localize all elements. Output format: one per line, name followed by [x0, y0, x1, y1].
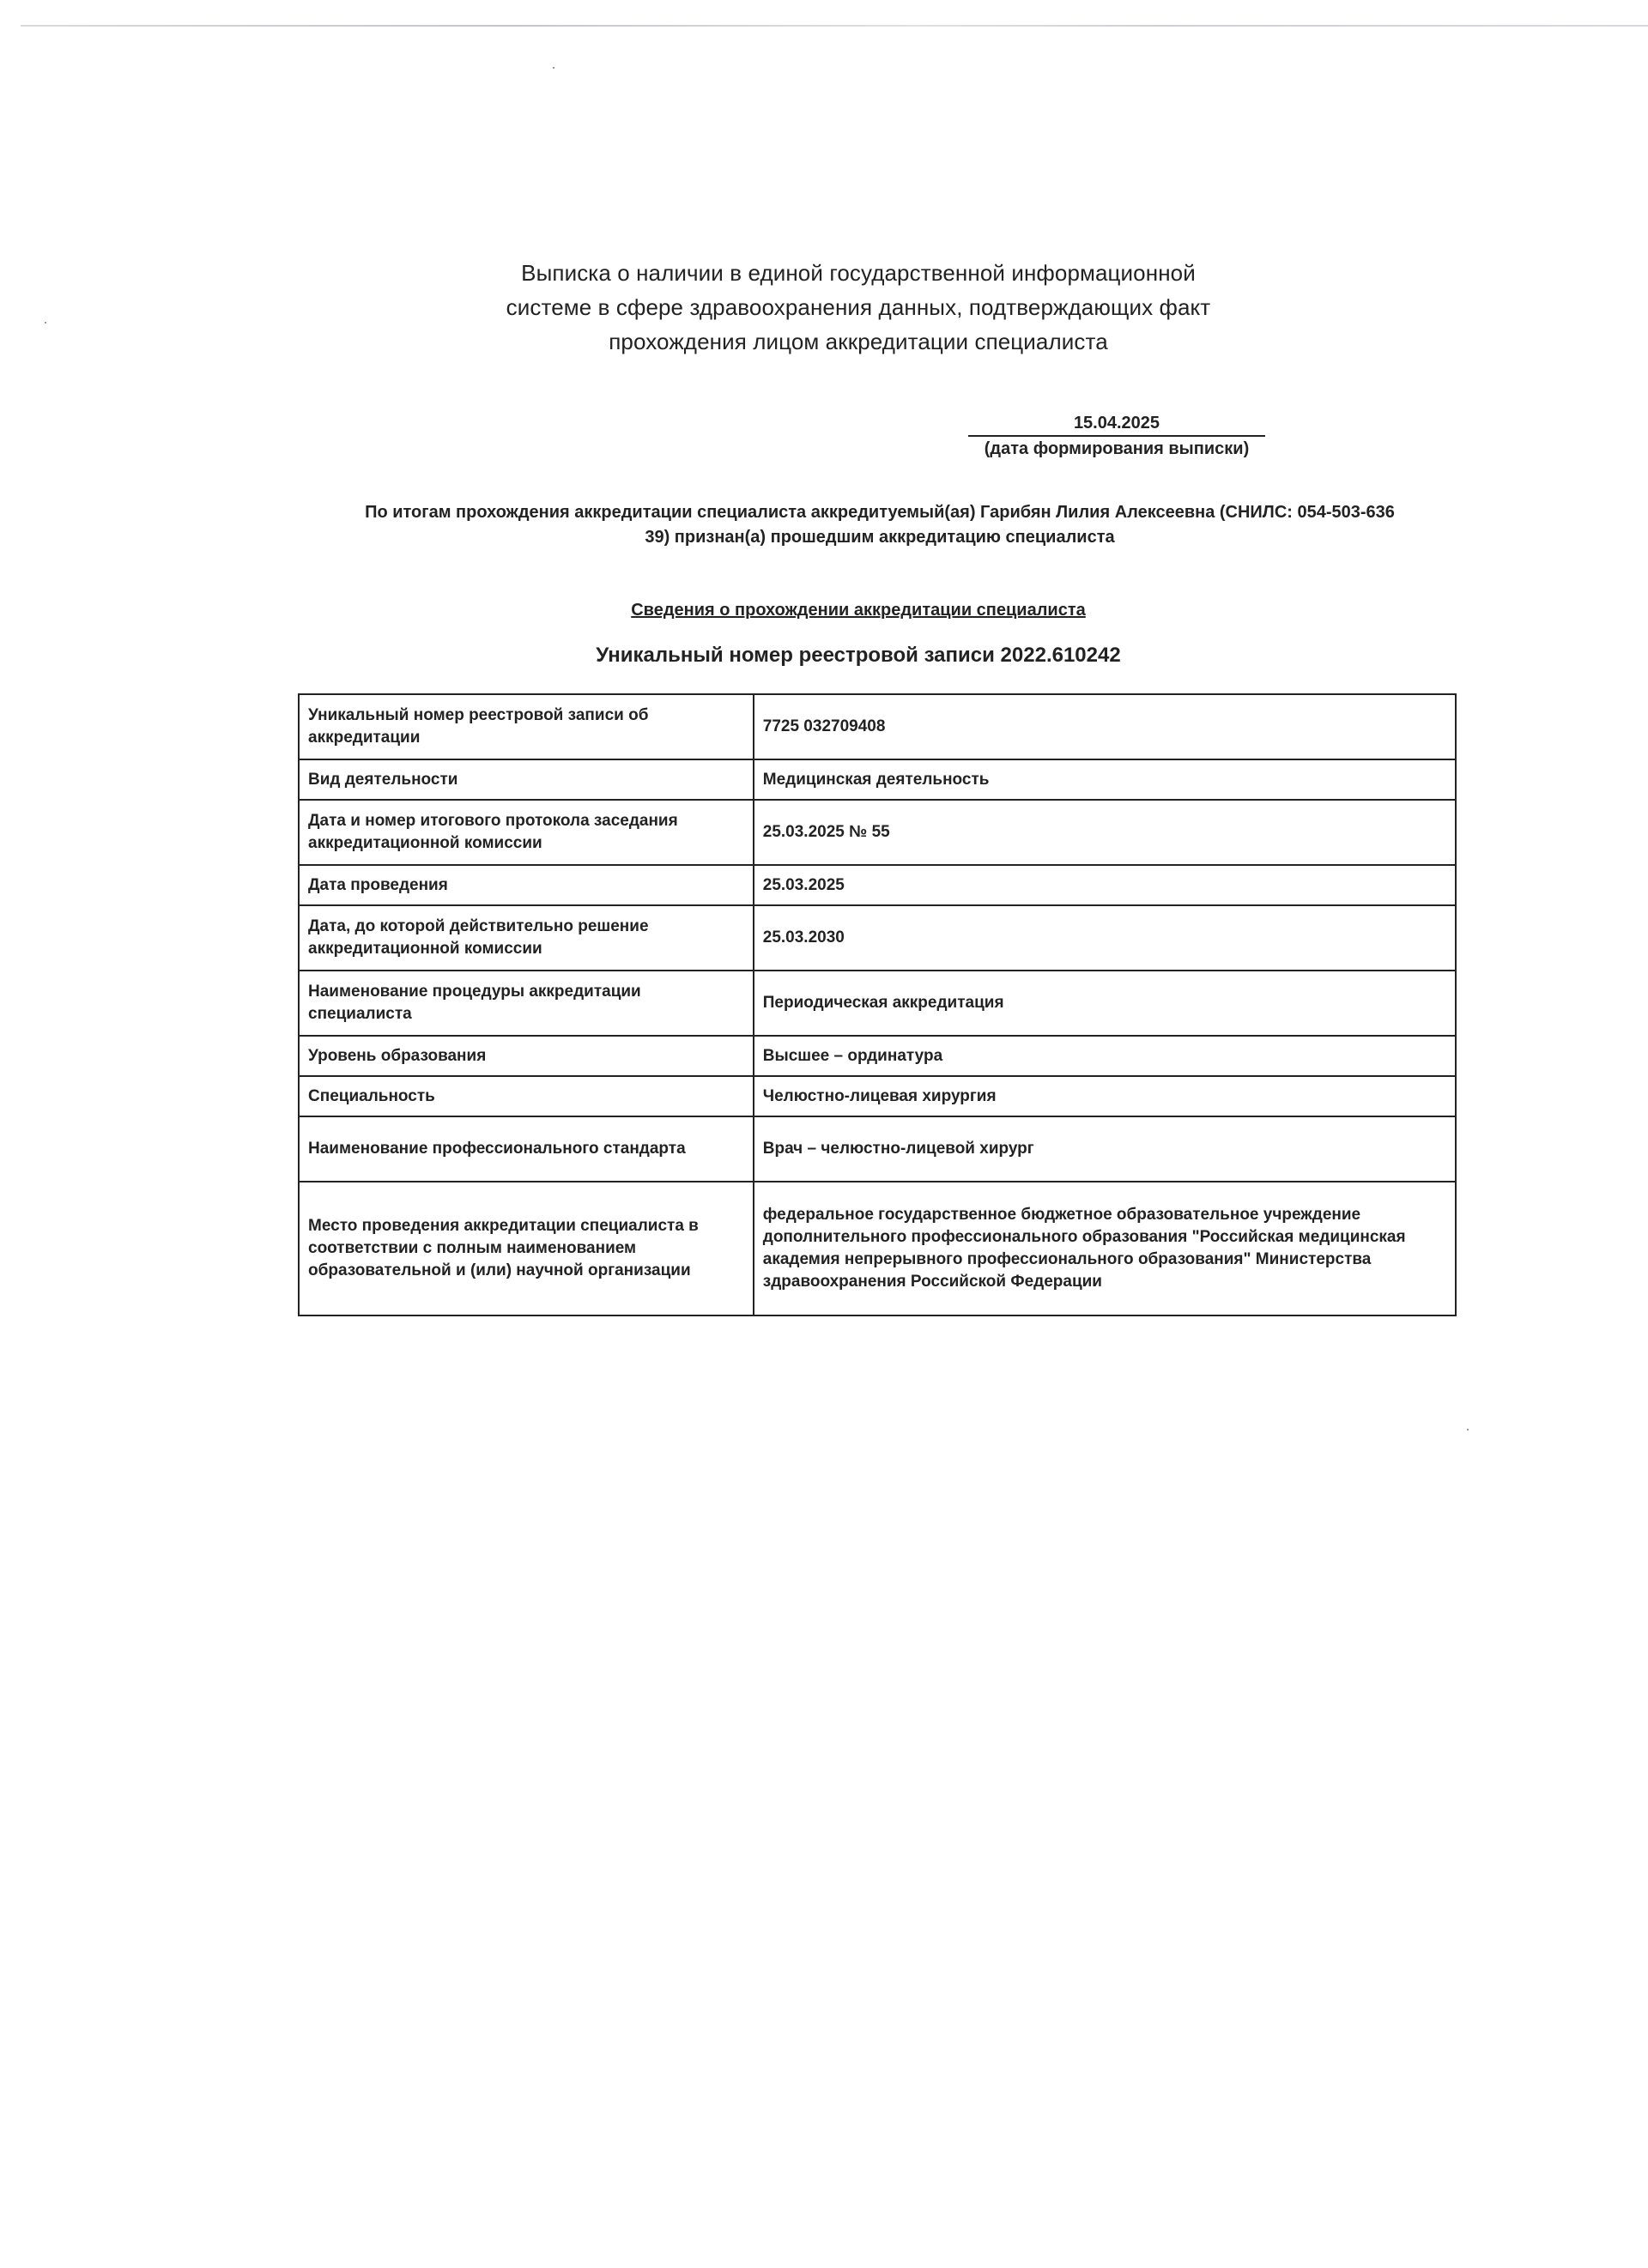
row-value: 7725 032709408: [754, 694, 1456, 759]
registry-number-heading: Уникальный номер реестровой записи 2022.…: [429, 642, 1287, 669]
row-label: Специальность: [299, 1076, 754, 1116]
row-label: Место проведения аккредитации специалист…: [299, 1182, 754, 1315]
table-row: Уникальный номер реестровой записи об ак…: [299, 694, 1456, 759]
row-label: Наименование профессионального стандарта: [299, 1116, 754, 1182]
row-label: Наименование процедуры аккредитации спец…: [299, 971, 754, 1036]
table-row: Специальность Челюстно-лицевая хирургия: [299, 1076, 1456, 1116]
table-row: Дата, до которой действительно решение а…: [299, 905, 1456, 971]
row-value: Врач – челюстно-лицевой хирург: [754, 1116, 1456, 1182]
scan-speck: [45, 322, 46, 324]
table-row: Дата и номер итогового протокола заседан…: [299, 800, 1456, 865]
scan-speck: [1467, 1429, 1469, 1430]
section-title: Сведения о прохождении аккредитации спец…: [429, 599, 1287, 621]
row-label: Дата, до которой действительно решение а…: [299, 905, 754, 971]
table-row: Уровень образования Высшее – ординатура: [299, 1036, 1456, 1076]
table-row: Место проведения аккредитации специалист…: [299, 1182, 1456, 1315]
title-line: Выписка о наличии в единой государственн…: [429, 256, 1287, 290]
table-row: Дата проведения 25.03.2025: [299, 865, 1456, 905]
row-value: Периодическая аккредитация: [754, 971, 1456, 1036]
row-value: 25.03.2025: [754, 865, 1456, 905]
scan-speck: [553, 67, 554, 69]
table-row: Наименование процедуры аккредитации спец…: [299, 971, 1456, 1036]
table-row: Наименование профессионального стандарта…: [299, 1116, 1456, 1182]
issue-date-caption: (дата формирования выписки): [968, 438, 1265, 460]
row-value: федеральное государственное бюджетное об…: [754, 1182, 1456, 1315]
accreditation-info-table: Уникальный номер реестровой записи об ак…: [298, 693, 1457, 1316]
row-value: Медицинская деятельность: [754, 759, 1456, 800]
intro-line: 39) признан(а) прошедшим аккредитацию сп…: [292, 525, 1468, 550]
row-label: Дата проведения: [299, 865, 754, 905]
issue-date-block: 15.04.2025 (дата формирования выписки): [968, 413, 1265, 460]
row-value: Высшее – ординатура: [754, 1036, 1456, 1076]
row-label: Дата и номер итогового протокола заседан…: [299, 800, 754, 865]
row-label: Уникальный номер реестровой записи об ак…: [299, 694, 754, 759]
intro-line: По итогам прохождения аккредитации специ…: [292, 500, 1468, 525]
title-line: системе в сфере здравоохранения данных, …: [429, 290, 1287, 324]
row-value: Челюстно-лицевая хирургия: [754, 1076, 1456, 1116]
table-row: Вид деятельности Медицинская деятельност…: [299, 759, 1456, 800]
row-value: 25.03.2025 № 55: [754, 800, 1456, 865]
intro-paragraph: По итогам прохождения аккредитации специ…: [292, 500, 1468, 550]
document-title: Выписка о наличии в единой государственн…: [429, 256, 1287, 359]
row-label: Уровень образования: [299, 1036, 754, 1076]
title-line: прохождения лицом аккредитации специалис…: [429, 324, 1287, 359]
row-label: Вид деятельности: [299, 759, 754, 800]
scanner-artifact-line: [21, 25, 1648, 27]
issue-date: 15.04.2025: [968, 413, 1265, 437]
row-value: 25.03.2030: [754, 905, 1456, 971]
